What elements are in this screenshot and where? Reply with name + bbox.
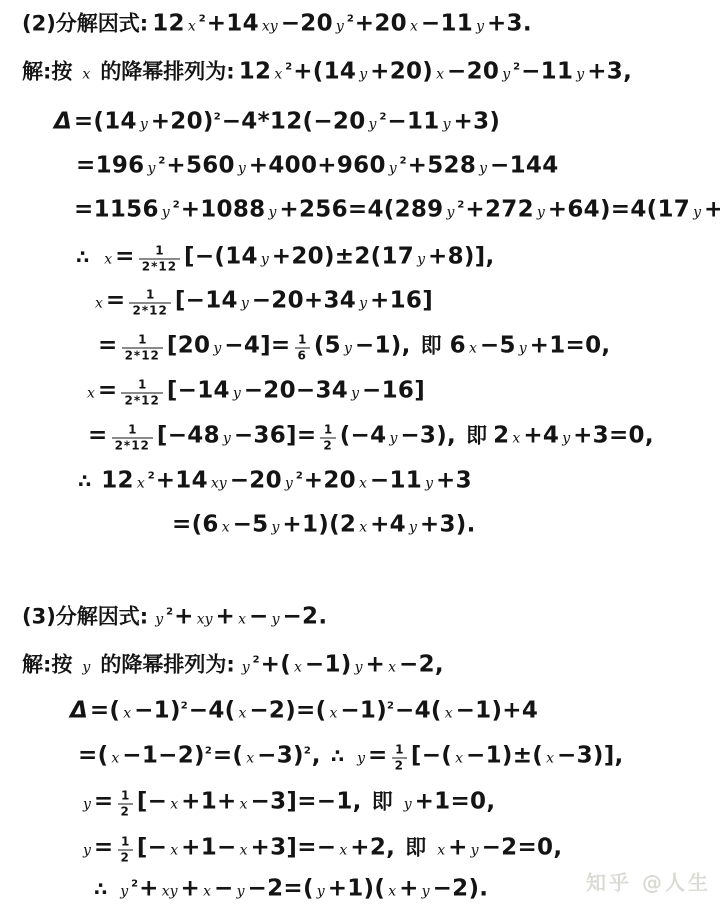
math-variable: y — [356, 296, 370, 312]
math-variable: y — [341, 341, 355, 357]
cjk-text: 即 — [466, 424, 487, 448]
fraction: 16 — [295, 334, 310, 364]
math-variable: y — [473, 19, 487, 35]
math-text: =(14 — [74, 109, 137, 135]
math-variable: x — [237, 797, 251, 813]
math-text: +3]=− — [251, 835, 337, 861]
math-variable: x — [385, 884, 399, 900]
math-text: +1− — [181, 835, 236, 861]
math-text: +1)(2 — [282, 512, 356, 538]
math-text: −3) — [257, 743, 304, 769]
math-line-discriminant-2: Δ=(14y+20)2−4*12(−20y2−11y+3) — [54, 107, 500, 140]
math-variable: x — [101, 252, 115, 268]
superscript: 2 — [379, 112, 386, 123]
math-variable: x — [219, 520, 233, 536]
math-line-root1-3: y=12[−x+1+x−3]=−1,即y+1=0, — [80, 787, 495, 820]
fraction: 12 — [118, 790, 133, 820]
math-text: −4( — [395, 698, 442, 724]
math-text: −4( — [189, 698, 236, 724]
math-text: −16] — [362, 378, 425, 404]
math-text: = — [98, 378, 118, 404]
math-text: −1−2) — [122, 743, 205, 769]
superscript: 2 — [173, 200, 180, 211]
math-line-discriminant-3: Δ=(x−1)2−4(x−2)=(x−1)2−4(x−1)+4 — [70, 696, 538, 729]
math-text: +3 — [436, 468, 472, 494]
math-text: , — [312, 743, 321, 769]
math-variable: x — [271, 67, 285, 83]
fraction: 12*12 — [129, 289, 170, 319]
superscript: 2 — [205, 746, 212, 757]
math-text: = — [94, 835, 114, 861]
fraction-numerator: 1 — [118, 836, 133, 850]
fraction-numerator: 1 — [295, 334, 310, 348]
math-text: +560 — [166, 153, 234, 179]
math-text: [− — [137, 789, 167, 815]
fraction-denominator: 2 — [118, 850, 133, 866]
math-text: +64)=4(17 — [548, 197, 690, 223]
math-variable: x — [466, 341, 480, 357]
math-variable: y — [419, 884, 433, 900]
math-variable: y — [234, 884, 248, 900]
math-variable: y — [333, 19, 347, 35]
math-variable: x — [200, 884, 214, 900]
math-text: = — [106, 288, 126, 314]
document-page: (2)分解因式:12x2+14xy−20y2+20x−11y+3.解:按x的降幂… — [0, 0, 720, 913]
math-text: − — [214, 876, 234, 902]
math-text: −20+34 — [252, 288, 356, 314]
superscript: 2 — [387, 701, 394, 712]
math-variable: y — [80, 797, 94, 813]
math-text: + — [174, 604, 194, 630]
math-line-simplify-2: =1156y2+1088y+256=4(289y2+272y+64)=4(17y… — [74, 195, 720, 228]
math-line-root2-expand-2: x=12*12[−14y−20−34y−16] — [84, 376, 425, 409]
math-text: +400+960 — [249, 153, 386, 179]
fraction: 12 — [320, 424, 335, 454]
math-variable: y — [117, 884, 131, 900]
math-text: =196 — [76, 153, 144, 179]
math-text: −1) — [134, 698, 181, 724]
math-variable: x — [185, 19, 199, 35]
math-variable: y — [440, 117, 454, 133]
math-text: −1) — [340, 698, 387, 724]
math-variable: x — [108, 751, 122, 767]
math-variable: x — [237, 843, 251, 859]
math-variable: x — [509, 431, 523, 447]
math-text: +3=0, — [573, 423, 654, 449]
fraction-numerator: 1 — [392, 744, 407, 758]
fraction: 12 — [392, 744, 407, 774]
superscript: 2 — [166, 607, 173, 618]
math-variable: x — [79, 67, 93, 83]
math-text: +1=0, — [530, 333, 611, 359]
cjk-text: 的降幂排列为: — [100, 60, 234, 84]
math-variable: y — [265, 205, 279, 221]
math-text: −2=0, — [482, 835, 563, 861]
math-text: −20−34 — [244, 378, 348, 404]
math-variable: x — [407, 19, 421, 35]
math-text: −20 — [281, 11, 333, 37]
superscript: 2 — [181, 701, 188, 712]
delta-symbol: Δ — [70, 698, 90, 724]
math-text: +14 — [207, 11, 259, 37]
math-text: −4*12(−20 — [222, 109, 366, 135]
math-text: −36]= — [234, 423, 317, 449]
math-text: +256=4(289 — [279, 197, 443, 223]
fraction-numerator: 1 — [139, 245, 180, 259]
math-text: +528 — [408, 153, 476, 179]
math-line-problem-3-statement: (3)分解因式:y2+xy+x−y−2. — [22, 602, 327, 635]
math-line-root1-expand-2: x=12*12[−14y−20+34y+16] — [92, 286, 433, 319]
superscript: 2 — [457, 200, 464, 211]
math-variable: y — [386, 161, 400, 177]
fraction-denominator: 2 — [392, 758, 407, 774]
cjk-text: (3)分解因式: — [22, 605, 148, 629]
math-text: +3, — [587, 59, 632, 85]
math-text: +14 — [156, 468, 208, 494]
math-variable: y — [573, 67, 587, 83]
math-text: −11 — [370, 468, 422, 494]
math-variable: y — [235, 161, 249, 177]
math-text: 12 — [152, 11, 185, 37]
math-variable: x — [385, 660, 399, 676]
math-text: +272 — [465, 197, 533, 223]
math-variable: x — [433, 67, 447, 83]
math-variable: y — [414, 252, 428, 268]
math-variable: x — [235, 612, 249, 628]
math-text: + — [399, 876, 419, 902]
math-variable: y — [144, 161, 158, 177]
therefore-symbol: ∴ — [78, 471, 91, 493]
math-text: +1=0, — [415, 789, 496, 815]
math-text: −11 — [521, 59, 573, 85]
math-text: [−14 — [175, 288, 238, 314]
cjk-text: 即 — [372, 790, 393, 814]
superscript: 2 — [253, 655, 260, 666]
math-variable: y — [258, 252, 272, 268]
math-text: +4 — [523, 423, 559, 449]
math-text: + — [139, 876, 159, 902]
fraction-numerator: 1 — [121, 379, 162, 393]
math-line-root-formula-2: ∴x=12*12[−(14y+20)±2(17y+8)], — [76, 242, 495, 275]
math-text: (5 — [314, 333, 341, 359]
math-text: −2. — [282, 604, 327, 630]
math-text: −20 — [447, 59, 499, 85]
fraction-numerator: 1 — [129, 289, 170, 303]
math-variable: y — [401, 797, 415, 813]
math-variable: y — [239, 660, 253, 676]
math-text: [−14 — [167, 378, 230, 404]
math-variable: y — [238, 296, 252, 312]
math-text: +8)], — [428, 244, 495, 270]
fraction-denominator: 6 — [295, 348, 310, 364]
math-variable: x — [120, 706, 134, 722]
math-text: +( — [261, 652, 291, 678]
math-text: = — [98, 333, 118, 359]
superscript: 2 — [285, 62, 292, 73]
math-variable: y — [354, 751, 368, 767]
math-text: −5 — [480, 333, 516, 359]
math-variable: x — [291, 660, 305, 676]
math-text: −1) — [305, 652, 352, 678]
fraction: 12*12 — [112, 424, 153, 454]
math-variable: x — [356, 476, 370, 492]
therefore-symbol: ∴ — [76, 247, 89, 269]
math-variable: x — [442, 706, 456, 722]
math-variable: y — [366, 117, 380, 133]
math-text: +20 — [355, 11, 407, 37]
fraction-numerator: 1 — [122, 334, 163, 348]
math-text: + — [216, 604, 236, 630]
math-text: −3]=−1, — [251, 789, 362, 815]
math-text: −2=( — [248, 876, 314, 902]
superscript: 2 — [148, 471, 155, 482]
superscript: 2 — [400, 156, 407, 167]
fraction: 12*12 — [139, 245, 180, 275]
math-text: (−4 — [340, 423, 387, 449]
math-line-problem-2-statement: (2)分解因式:12x2+14xy−20y2+20x−11y+3. — [22, 9, 532, 42]
math-text: +8) — [704, 197, 720, 223]
math-line-conclusion-2-rhs: =(6x−5y+1)(2x+4y+3). — [172, 510, 476, 543]
math-text: = — [94, 789, 114, 815]
math-text: = — [368, 743, 388, 769]
math-variable: y — [210, 341, 224, 357]
math-text: −5 — [233, 512, 269, 538]
math-variable: x — [452, 751, 466, 767]
math-variable: x — [84, 386, 98, 402]
math-text: +(14 — [293, 59, 356, 85]
math-variable: x — [243, 751, 257, 767]
math-text: 12 — [101, 468, 134, 494]
math-text: +16] — [370, 288, 433, 314]
math-line-solution-3-arrange: 解:按y的降幂排列为:y2+(x−1)y+x−2, — [22, 650, 444, 683]
fraction-denominator: 2*12 — [139, 259, 180, 275]
math-variable: y — [230, 386, 244, 402]
fraction-denominator: 2 — [118, 804, 133, 820]
math-text: +3) — [454, 109, 501, 135]
math-text: −11 — [387, 109, 439, 135]
fraction: 12 — [118, 836, 133, 866]
fraction-denominator: 2*12 — [122, 348, 163, 364]
math-variable: y — [356, 67, 370, 83]
fraction-denominator: 2*12 — [121, 393, 162, 409]
math-variable: xy — [208, 476, 230, 492]
math-text: −2, — [399, 652, 444, 678]
math-variable: y — [269, 612, 283, 628]
fraction-denominator: 2*12 — [129, 303, 170, 319]
math-text: +20) — [370, 59, 433, 85]
math-variable: y — [137, 117, 151, 133]
math-text: +20) — [151, 109, 214, 135]
math-text: +3). — [420, 512, 476, 538]
superscript: 2 — [158, 156, 165, 167]
cjk-text: 解:按 — [22, 653, 72, 677]
math-variable: y — [79, 660, 93, 676]
math-variable: y — [422, 476, 436, 492]
math-variable: xy — [194, 612, 216, 628]
math-variable: x — [336, 843, 350, 859]
math-text: −1)±( — [466, 743, 543, 769]
superscript: 2 — [131, 879, 138, 890]
math-text: [− — [137, 835, 167, 861]
math-variable: y — [690, 205, 704, 221]
math-text: 2 — [493, 423, 509, 449]
math-text: −3), — [400, 423, 456, 449]
superscript: 2 — [296, 471, 303, 482]
math-line-expand-2: =196y2+560y+400+960y2+528y−144 — [76, 151, 559, 184]
math-text: − — [249, 604, 269, 630]
math-variable: x — [543, 751, 557, 767]
cjk-text: 即 — [405, 836, 426, 860]
math-variable: x — [235, 706, 249, 722]
math-variable: y — [499, 67, 513, 83]
math-line-solution-2-arrange: 解:按x的降幂排列为:12x2+(14y+20)x−20y2−11y+3, — [22, 57, 632, 90]
math-text: = — [88, 423, 108, 449]
cjk-text: 解:按 — [22, 60, 72, 84]
math-variable: y — [152, 612, 166, 628]
math-text: −11 — [421, 11, 473, 37]
therefore-symbol: ∴ — [94, 879, 107, 901]
math-text: +20 — [304, 468, 356, 494]
fraction: 12*12 — [122, 334, 163, 364]
math-text: [−48 — [157, 423, 220, 449]
superscript: 2 — [304, 746, 311, 757]
math-variable: y — [516, 341, 530, 357]
math-variable: y — [534, 205, 548, 221]
math-line-conclusion-2-lhs: ∴12x2+14xy−20y2+20x−11y+3 — [78, 466, 472, 499]
math-line-root1-result-2: =12*12[20y−4]=16(5y−1),即6x−5y+1=0, — [98, 331, 610, 364]
math-text: −3)], — [557, 743, 624, 769]
math-text: −2). — [433, 876, 489, 902]
therefore-symbol: ∴ — [331, 746, 344, 768]
math-line-conclusion-3: ∴y2+xy+x−y−2=(y+1)(x+y−2). — [94, 874, 488, 907]
fraction: 12*12 — [121, 379, 162, 409]
math-variable: y — [348, 386, 362, 402]
math-variable: y — [314, 884, 328, 900]
math-text: + — [366, 652, 386, 678]
math-variable: x — [92, 296, 106, 312]
math-line-root2-result-2: =12*12[−48y−36]=12(−4y−3),即2x+4y+3=0, — [88, 421, 654, 454]
math-text: −4]= — [224, 333, 290, 359]
delta-symbol: Δ — [54, 109, 74, 135]
math-text: =( — [213, 743, 243, 769]
cjk-text: 即 — [421, 334, 442, 358]
math-variable: y — [282, 476, 296, 492]
math-text: + — [181, 876, 201, 902]
math-text: [−(14 — [184, 244, 258, 270]
math-text: +1088 — [181, 197, 266, 223]
math-text: −2)=( — [249, 698, 326, 724]
math-variable: x — [167, 797, 181, 813]
math-text: +1+ — [181, 789, 236, 815]
fraction-numerator: 1 — [320, 424, 335, 438]
math-text: +3. — [487, 11, 532, 37]
math-variable: x — [356, 520, 370, 536]
math-text: −1), — [355, 333, 411, 359]
superscript: 2 — [214, 112, 221, 123]
math-variable: y — [386, 431, 400, 447]
math-variable: y — [468, 843, 482, 859]
math-line-simplify-3: =(x−1−2)2=(x−3)2,∴y=12[−(x−1)±(x−3)], — [78, 741, 624, 774]
math-text: [−( — [411, 743, 452, 769]
math-variable: y — [268, 520, 282, 536]
math-text: −144 — [490, 153, 558, 179]
math-text: +20)±2(17 — [272, 244, 414, 270]
fraction-numerator: 1 — [118, 790, 133, 804]
math-text: = — [115, 244, 135, 270]
math-variable: xy — [259, 19, 281, 35]
watermark: 知乎 @人生 — [586, 867, 711, 896]
math-variable: x — [134, 476, 148, 492]
math-text: −1)+4 — [456, 698, 539, 724]
math-text: + — [448, 835, 468, 861]
math-text: +1)( — [328, 876, 386, 902]
math-variable: y — [159, 205, 173, 221]
superscript: 2 — [513, 62, 520, 73]
math-text: =(6 — [172, 512, 219, 538]
math-variable: y — [80, 843, 94, 859]
fraction-denominator: 2 — [320, 438, 335, 454]
math-variable: y — [444, 205, 458, 221]
math-variable: y — [476, 161, 490, 177]
fraction-numerator: 1 — [112, 424, 153, 438]
math-variable: x — [434, 843, 448, 859]
math-text: [20 — [167, 333, 210, 359]
math-variable: y — [352, 660, 366, 676]
math-variable: x — [167, 843, 181, 859]
math-text: 6 — [450, 333, 466, 359]
math-variable: y — [559, 431, 573, 447]
math-text: =1156 — [74, 197, 159, 223]
superscript: 2 — [347, 14, 354, 25]
math-variable: y — [406, 520, 420, 536]
math-text: =( — [90, 698, 120, 724]
math-variable: x — [326, 706, 340, 722]
math-line-root2-3: y=12[−x+1−x+3]=−x+2,即x+y−2=0, — [80, 833, 562, 866]
fraction-denominator: 2*12 — [112, 438, 153, 454]
math-text: +4 — [370, 512, 406, 538]
math-text: −20 — [230, 468, 282, 494]
math-text: 12 — [239, 59, 272, 85]
superscript: 2 — [199, 14, 206, 25]
math-variable: y — [220, 431, 234, 447]
math-variable: xy — [159, 884, 181, 900]
cjk-text: 的降幂排列为: — [100, 653, 234, 677]
math-text: =( — [78, 743, 108, 769]
cjk-text: (2)分解因式: — [22, 12, 148, 36]
math-text: +2, — [350, 835, 395, 861]
